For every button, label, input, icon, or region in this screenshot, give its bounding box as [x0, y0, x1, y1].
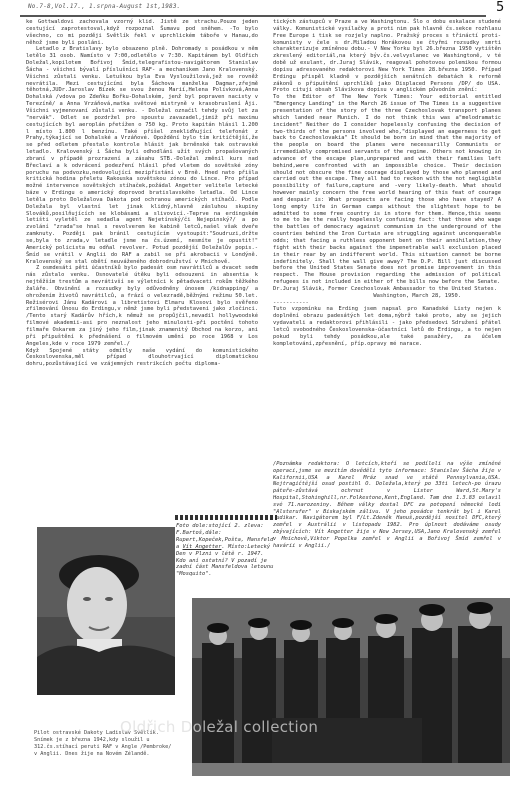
editor-note: /Poznámka redaktora: O letcích,kteří se … — [273, 461, 501, 549]
watermark: Oldřich Doležal collection — [120, 718, 318, 736]
paragraph: Když Spojené státy odmítly naše vydání d… — [26, 348, 258, 369]
paragraph: ke Gottwaldovi zachovala vzorný klid. Ji… — [26, 19, 258, 46]
portrait-photo — [37, 527, 175, 695]
decorative-divider — [175, 515, 277, 520]
group-photo — [192, 598, 510, 776]
paragraph: Z osmdesáti pěti účastníků bylo padesát … — [26, 265, 258, 347]
letter-place-date: Washington, March 28, 1950. — [273, 293, 501, 300]
group-photo-caption: Foto dole:stojící 2. zleva: F.Bartoš,dál… — [176, 523, 276, 578]
issue-header: No.7-8,Vol.17., 1.srpna-August 1st,1983. — [28, 3, 181, 10]
caption-underlined-name: Vít Angetter — [183, 544, 222, 550]
paragraph: Letadlo z Bratislavy bylo obsazeno plně.… — [26, 46, 258, 265]
right-column: tických zástupců v Praze a ve Washington… — [273, 19, 501, 348]
page-number: 5 — [496, 0, 504, 15]
author-note: Tuto vzpomínku na Erding jsem napsal pro… — [273, 306, 501, 347]
header-rule — [20, 15, 486, 17]
english-letter: To the Editor of The New York Times: You… — [273, 94, 501, 286]
letter-signature: Dr.Juraj Slávik, Former Czechoslovak Amb… — [273, 286, 501, 293]
czech-intro: tických zástupců v Praze a ve Washington… — [273, 19, 501, 94]
left-column: ke Gottwaldovi zachovala vzorný klid. Ji… — [26, 19, 258, 368]
